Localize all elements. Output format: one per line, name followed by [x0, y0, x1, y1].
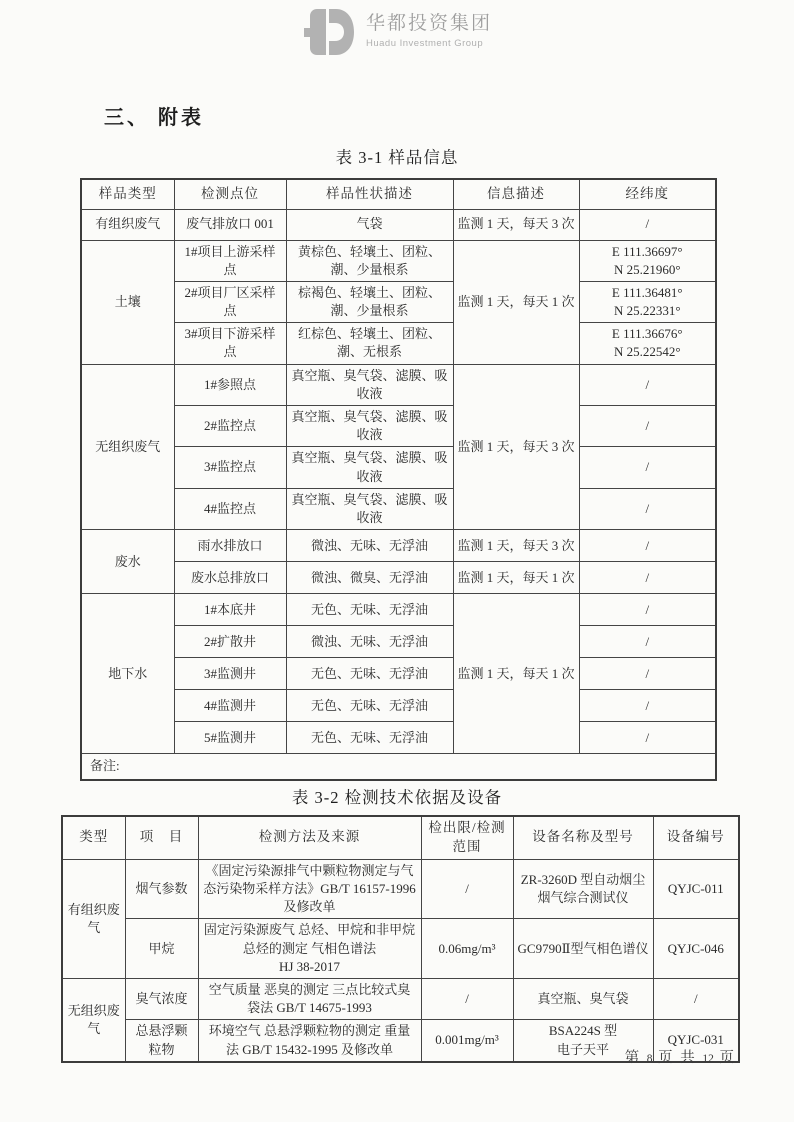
footer-text: 第	[625, 1050, 642, 1066]
huadu-logo-icon	[302, 8, 354, 61]
table-row: 地下水 1#本底井 无色、无味、无浮油 监测 1 天，每天 1 次 /	[81, 594, 716, 626]
cell-coord: /	[579, 406, 716, 447]
cell-desc: 真空瓶、臭气袋、滤膜、吸收液	[286, 364, 453, 405]
table-row: 2#监控点 真空瓶、臭气袋、滤膜、吸收液 /	[81, 406, 716, 447]
cell-point: 2#项目厂区采样点	[174, 281, 286, 322]
cell-coord: E 111.36697° N 25.21960°	[579, 240, 716, 281]
footer-text: 页 共	[658, 1050, 697, 1066]
cell-item: 总悬浮颗粒物	[125, 1020, 198, 1062]
cell-coord: /	[579, 530, 716, 562]
sample-info-table: 样品类型 检测点位 样品性状描述 信息描述 经纬度 有组织废气 废气排放口 00…	[80, 178, 717, 781]
cell-point: 3#监控点	[174, 447, 286, 488]
cell-desc: 红棕色、轻壤土、团粒、潮、无根系	[286, 323, 453, 364]
cell-info: 监测 1 天，每天 3 次	[453, 364, 579, 530]
col-header-info: 信息描述	[453, 179, 579, 209]
logo-company-name-en: Huadu Investment Group	[366, 38, 492, 49]
cell-desc: 微浊、无味、无浮油	[286, 530, 453, 562]
cell-equipment: ZR-3260D 型自动烟尘烟气综合测试仪	[513, 859, 653, 919]
table2-header-row: 类型 项 目 检测方法及来源 检出限/检测范围 设备名称及型号 设备编号	[62, 816, 739, 859]
col-header-sample-type: 样品类型	[81, 179, 174, 209]
cell-limit: 0.06mg/m³	[421, 919, 513, 979]
cell-point: 废气排放口 001	[174, 209, 286, 240]
col-header-method: 检测方法及来源	[198, 816, 421, 859]
cell-coord: /	[579, 447, 716, 488]
cell-limit: 0.001mg/m³	[421, 1020, 513, 1062]
col-header-item: 项 目	[125, 816, 198, 859]
cell-coord: /	[579, 690, 716, 722]
cell-point: 雨水排放口	[174, 530, 286, 562]
cell-coord: /	[579, 209, 716, 240]
col-header-point: 检测点位	[174, 179, 286, 209]
cell-desc: 气袋	[286, 209, 453, 240]
logo-company-name: 华都投资集团	[366, 14, 492, 35]
table-row: 4#监测井 无色、无味、无浮油 /	[81, 690, 716, 722]
table-row: 4#监控点 真空瓶、臭气袋、滤膜、吸收液 /	[81, 488, 716, 529]
cell-point: 废水总排放口	[174, 562, 286, 594]
footer-page-number: 8	[647, 1053, 653, 1065]
cell-desc: 无色、无味、无浮油	[286, 690, 453, 722]
col-header-limit: 检出限/检测范围	[421, 816, 513, 859]
cell-item: 甲烷	[125, 919, 198, 979]
col-header-code: 设备编号	[653, 816, 739, 859]
cell-desc: 棕褐色、轻壤土、团粒、潮、少量根系	[286, 281, 453, 322]
cell-code: QYJC-046	[653, 919, 739, 979]
table1-header-row: 样品类型 检测点位 样品性状描述 信息描述 经纬度	[81, 179, 716, 209]
cell-desc: 无色、无味、无浮油	[286, 722, 453, 754]
cell-info: 监测 1 天，每天 1 次	[453, 562, 579, 594]
cell-method: 固定污染源废气 总烃、甲烷和非甲烷总烃的测定 气相色谱法 HJ 38-2017	[198, 919, 421, 979]
table-row: 3#监控点 真空瓶、臭气袋、滤膜、吸收液 /	[81, 447, 716, 488]
cell-sample-type: 有组织废气	[81, 209, 174, 240]
cell-equipment: GC9790Ⅱ型气相色谱仪	[513, 919, 653, 979]
cell-coord: /	[579, 364, 716, 405]
cell-desc: 无色、无味、无浮油	[286, 594, 453, 626]
cell-desc: 微浊、微臭、无浮油	[286, 562, 453, 594]
table-row: 2#项目厂区采样点 棕褐色、轻壤土、团粒、潮、少量根系 E 111.36481°…	[81, 281, 716, 322]
cell-coord: /	[579, 488, 716, 529]
cell-point: 1#本底井	[174, 594, 286, 626]
cell-type: 无组织废气	[62, 978, 125, 1061]
cell-point: 1#项目上游采样点	[174, 240, 286, 281]
cell-point: 5#监测井	[174, 722, 286, 754]
cell-point: 2#扩散井	[174, 626, 286, 658]
table-row: 甲烷 固定污染源废气 总烃、甲烷和非甲烷总烃的测定 气相色谱法 HJ 38-20…	[62, 919, 739, 979]
cell-code: /	[653, 978, 739, 1019]
cell-info: 监测 1 天，每天 3 次	[453, 209, 579, 240]
cell-sample-type: 地下水	[81, 594, 174, 754]
cell-method: 空气质量 恶臭的测定 三点比较式臭袋法 GB/T 14675-1993	[198, 978, 421, 1019]
table-row: 有组织废气 烟气参数 《固定污染源排气中颗粒物测定与气态污染物采样方法》GB/T…	[62, 859, 739, 919]
cell-point: 4#监测井	[174, 690, 286, 722]
cell-desc: 真空瓶、臭气袋、滤膜、吸收液	[286, 447, 453, 488]
cell-point: 4#监控点	[174, 488, 286, 529]
cell-item: 臭气浓度	[125, 978, 198, 1019]
cell-desc: 真空瓶、臭气袋、滤膜、吸收液	[286, 406, 453, 447]
page-footer: 第 8 页 共 12 页	[625, 1046, 736, 1067]
table-row: 3#监测井 无色、无味、无浮油 /	[81, 658, 716, 690]
table-row: 有组织废气 废气排放口 001 气袋 监测 1 天，每天 3 次 /	[81, 209, 716, 240]
cell-point: 2#监控点	[174, 406, 286, 447]
cell-desc: 黄棕色、轻壤土、团粒、潮、少量根系	[286, 240, 453, 281]
cell-method: 环境空气 总悬浮颗粒物的测定 重量法 GB/T 15432-1995 及修改单	[198, 1020, 421, 1062]
letterhead: 华都投资集团 Huadu Investment Group	[0, 8, 794, 61]
cell-sample-type: 废水	[81, 530, 174, 594]
cell-point: 1#参照点	[174, 364, 286, 405]
col-header-type: 类型	[62, 816, 125, 859]
cell-point: 3#项目下游采样点	[174, 323, 286, 364]
cell-sample-type: 无组织废气	[81, 364, 174, 530]
cell-info: 监测 1 天，每天 1 次	[453, 594, 579, 754]
cell-equipment: 真空瓶、臭气袋	[513, 978, 653, 1019]
table-row: 3#项目下游采样点 红棕色、轻壤土、团粒、潮、无根系 E 111.36676° …	[81, 323, 716, 364]
document-page: 华都投资集团 Huadu Investment Group 三、 附表 表 3-…	[0, 0, 794, 1122]
cell-item: 烟气参数	[125, 859, 198, 919]
col-header-desc: 样品性状描述	[286, 179, 453, 209]
remark-label: 备注:	[81, 754, 716, 780]
col-header-coord: 经纬度	[579, 179, 716, 209]
cell-info: 监测 1 天，每天 3 次	[453, 530, 579, 562]
footer-text: 页	[720, 1050, 737, 1066]
logo-text-block: 华都投资集团 Huadu Investment Group	[366, 8, 492, 49]
cell-coord: /	[579, 562, 716, 594]
cell-info: 监测 1 天，每天 1 次	[453, 240, 579, 364]
table1-remark-row: 备注:	[81, 754, 716, 780]
table-row: 废水总排放口 微浊、微臭、无浮油 监测 1 天，每天 1 次 /	[81, 562, 716, 594]
cell-code: QYJC-011	[653, 859, 739, 919]
cell-coord: E 111.36481° N 25.22331°	[579, 281, 716, 322]
footer-total-pages: 12	[702, 1053, 714, 1065]
table-row: 无组织废气 臭气浓度 空气质量 恶臭的测定 三点比较式臭袋法 GB/T 1467…	[62, 978, 739, 1019]
table-row: 土壤 1#项目上游采样点 黄棕色、轻壤土、团粒、潮、少量根系 监测 1 天，每天…	[81, 240, 716, 281]
method-equipment-table: 类型 项 目 检测方法及来源 检出限/检测范围 设备名称及型号 设备编号 有组织…	[61, 815, 740, 1063]
table-row: 5#监测井 无色、无味、无浮油 /	[81, 722, 716, 754]
cell-desc: 无色、无味、无浮油	[286, 658, 453, 690]
cell-coord: E 111.36676° N 25.22542°	[579, 323, 716, 364]
cell-coord: /	[579, 658, 716, 690]
table-row: 无组织废气 1#参照点 真空瓶、臭气袋、滤膜、吸收液 监测 1 天，每天 3 次…	[81, 364, 716, 405]
cell-desc: 微浊、无味、无浮油	[286, 626, 453, 658]
cell-coord: /	[579, 722, 716, 754]
cell-limit: /	[421, 859, 513, 919]
section-title: 三、 附表	[104, 101, 204, 130]
cell-coord: /	[579, 594, 716, 626]
cell-method: 《固定污染源排气中颗粒物测定与气态污染物采样方法》GB/T 16157-1996…	[198, 859, 421, 919]
table-row: 废水 雨水排放口 微浊、无味、无浮油 监测 1 天，每天 3 次 /	[81, 530, 716, 562]
cell-desc: 真空瓶、臭气袋、滤膜、吸收液	[286, 488, 453, 529]
cell-coord: /	[579, 626, 716, 658]
cell-type: 有组织废气	[62, 859, 125, 978]
cell-limit: /	[421, 978, 513, 1019]
col-header-equipment: 设备名称及型号	[513, 816, 653, 859]
table2-title: 表 3-2 检测技术依据及设备	[0, 784, 794, 808]
cell-sample-type: 土壤	[81, 240, 174, 364]
table1-title: 表 3-1 样品信息	[0, 144, 794, 168]
cell-point: 3#监测井	[174, 658, 286, 690]
table-row: 2#扩散井 微浊、无味、无浮油 /	[81, 626, 716, 658]
